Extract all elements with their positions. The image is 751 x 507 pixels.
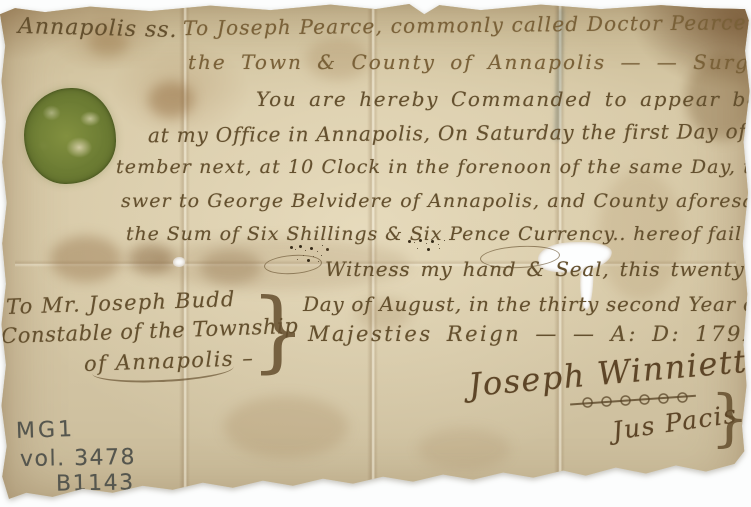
stain [418, 428, 510, 470]
archival-note-line: B1143 [56, 470, 135, 496]
jurisdiction-heading: Annapolis ss. [18, 14, 178, 43]
curly-brace-right: } [710, 382, 749, 453]
tear-hole [173, 257, 185, 267]
body-line: swer to George Belvidere of Annapolis, a… [121, 190, 751, 212]
body-line: Witness my hand & Seal, this twenty seve… [325, 257, 751, 281]
stain [224, 396, 348, 458]
body-line: Day of August, in the thirty second Year… [303, 292, 751, 316]
paper-shadow: Annapolis ss. To Joseph Pearce, commonly… [0, 0, 751, 507]
curly-brace-left: } [250, 280, 306, 381]
green-wax-seal [24, 88, 116, 184]
scanned-document: Annapolis ss. To Joseph Pearce, commonly… [0, 0, 751, 507]
body-line: the Sum of Six Shillings & Six Pence Cur… [126, 223, 751, 245]
body-line: the Town & County of Annapolis — — Surge… [188, 50, 751, 74]
body-line: Majesties Reign — — A: D: 1792 — [308, 322, 751, 346]
archival-note-line: vol. 3478 [20, 445, 136, 472]
body-line: You are hereby Commanded to appear befor… [256, 87, 751, 111]
stain [50, 236, 122, 282]
body-line: tember next, at 10 Clock in the forenoon… [116, 156, 751, 178]
ink-speckles [290, 246, 293, 249]
body-line: at my Office in Annapolis, On Saturday t… [148, 119, 751, 148]
paper: Annapolis ss. To Joseph Pearce, commonly… [0, 0, 751, 507]
stain [148, 82, 194, 118]
archival-note-line: MG1 [16, 417, 76, 444]
